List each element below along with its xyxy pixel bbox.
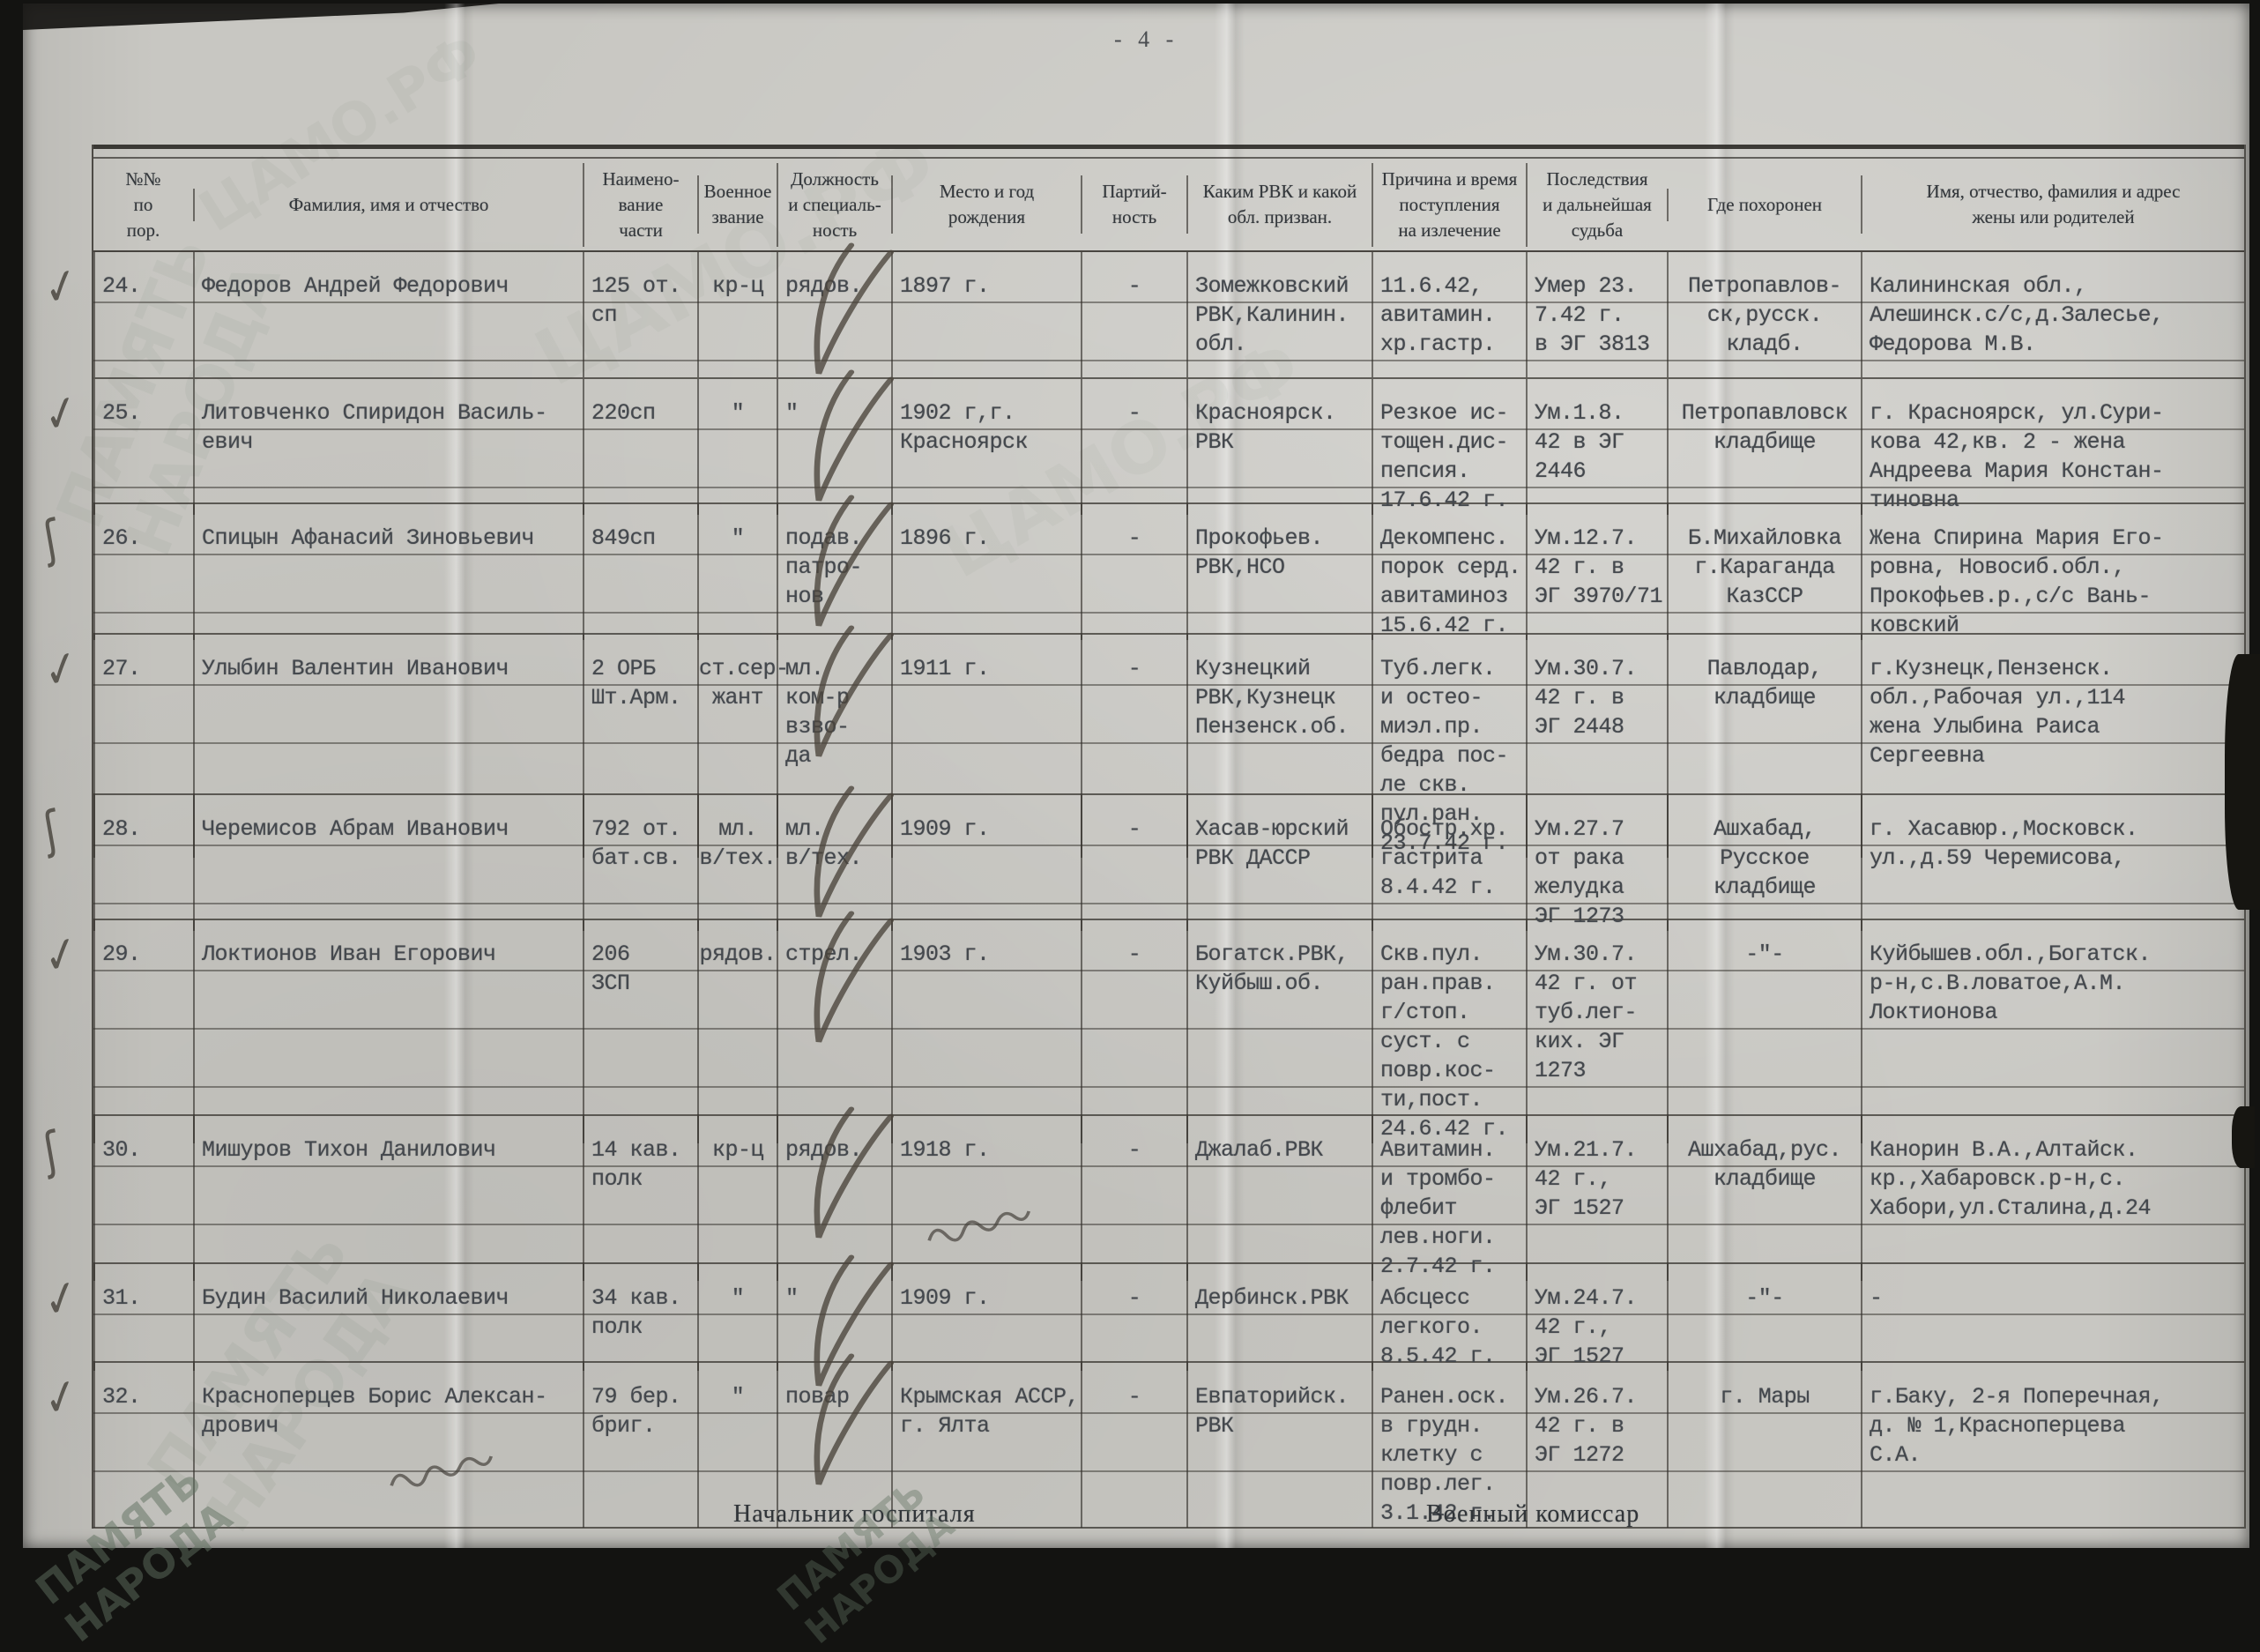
cell-rvk: Хасав-юрский РВК ДАССР: [1186, 795, 1372, 931]
cell-outcome: Ум.21.7. 42 г., ЭГ 1527: [1526, 1116, 1667, 1281]
cell-position: рядов.: [777, 1116, 891, 1281]
margin-checkmark: ʃ: [39, 799, 63, 859]
column-header-outcome: Последствия и дальнейшая судьба: [1526, 163, 1667, 247]
margin-checkmark: ✓: [39, 636, 83, 701]
table-row: ʃ 28. Черемисов Абрам Иванович 792 от. б…: [93, 795, 2244, 920]
cell-outcome: Ум.27.7 от рака желудка ЭГ 1273: [1526, 795, 1667, 931]
margin-checkmark: ʃ: [39, 508, 63, 569]
document-sheet: ПАМЯТЬ НАРОДА ЦАМО.РФ ЦАМО.РФ ЦАМО.РФ ПА…: [23, 4, 2249, 1548]
scan-edge-tear: [2232, 1106, 2255, 1168]
cell-relatives: Канорин В.А.,Алтайск. кр.,Хабаровск.р-н,…: [1861, 1116, 2244, 1281]
cell-position: мл. в/тех.: [777, 795, 891, 931]
margin-checkmark: ✓: [39, 922, 83, 986]
cell-name: Локтионов Иван Егорович: [193, 920, 583, 1143]
cell-outcome: Ум.1.8. 42 в ЭГ 2446: [1526, 379, 1667, 515]
cell-cause: Авитамин. и тромбо- флебит лев.ноги. 2.7…: [1372, 1116, 1526, 1281]
cell-outcome: Умер 23. 7.42 г. в ЭГ 3813: [1526, 252, 1667, 377]
cell-name: Черемисов Абрам Иванович: [193, 795, 583, 931]
cell-outcome: Ум.12.7. 42 г. в ЭГ 3970/71: [1526, 504, 1667, 640]
cell-position: стрел.: [777, 920, 891, 1143]
column-header-position: Должность и специаль- ность: [777, 163, 891, 247]
cell-burial: Ашхабад, Русское кладбище: [1667, 795, 1861, 931]
cell-party: -: [1081, 920, 1186, 1143]
margin-checkmark: ✓: [39, 254, 83, 318]
cell-number: 29.: [93, 920, 193, 1143]
column-header-unit: Наимено- вание части: [583, 163, 697, 247]
cell-outcome: Ум.24.7. 42 г., ЭГ 1527: [1526, 1264, 1667, 1371]
cell-rank: рядов.: [697, 920, 777, 1143]
cell-relatives: Калининская обл., Алешинск.с/с,д.Залесье…: [1861, 252, 2244, 377]
margin-checkmark: ✓: [39, 1266, 83, 1330]
table-row: ✓ 24. Федоров Андрей Федорович 125 от. с…: [93, 252, 2244, 379]
table-row: ✓ 29. Локтионов Иван Егорович 206 ЗСП ря…: [93, 920, 2244, 1116]
cell-unit: 79 бер. бриг.: [583, 1363, 697, 1528]
cell-burial: Петропавловск кладбище: [1667, 379, 1861, 515]
cell-burial: Б.Михайловка г.Караганда КазССР: [1667, 504, 1861, 640]
cell-position: ": [777, 1264, 891, 1371]
cell-rank: кр-ц: [697, 252, 777, 377]
cell-number: 26.: [93, 504, 193, 640]
cell-cause: Скв.пул. ран.прав. г/стоп. суст. с повр.…: [1372, 920, 1526, 1143]
cell-outcome: Ум.30.7. 42 г. от туб.лег- ких. ЭГ 1273: [1526, 920, 1667, 1143]
column-header-birth: Место и год рождения: [891, 175, 1081, 234]
cell-party: -: [1081, 252, 1186, 377]
military-commissar-signature-label: Военный комиссар: [1426, 1500, 1639, 1529]
cell-birth: 1896 г.: [891, 504, 1081, 640]
margin-checkmark: ✓: [39, 381, 83, 445]
cell-number: 31.: [93, 1264, 193, 1371]
cell-rvk: Дербинск.РВК: [1186, 1264, 1372, 1371]
cell-unit: 849сп: [583, 504, 697, 640]
cell-unit: 206 ЗСП: [583, 920, 697, 1143]
cell-cause: 11.6.42, авитамин. хр.гастр.: [1372, 252, 1526, 377]
cell-unit: 14 кав. полк: [583, 1116, 697, 1281]
column-header-cause: Причина и время поступления на излечение: [1372, 163, 1526, 247]
cell-burial: -"-: [1667, 920, 1861, 1143]
cell-name: Спицын Афанасий Зиновьевич: [193, 504, 583, 640]
cell-burial: г. Мары: [1667, 1363, 1861, 1528]
cell-relatives: Куйбышев.обл.,Богатск. р-н,с.В.ловатое,А…: [1861, 920, 2244, 1143]
cell-birth: 1903 г.: [891, 920, 1081, 1143]
cell-name: Мишуров Тихон Данилович: [193, 1116, 583, 1281]
cell-birth: 1897 г.: [891, 252, 1081, 377]
casualty-register-table: №№ по пор. Фамилия, имя и отчество Наиме…: [92, 145, 2246, 1529]
cell-relatives: г. Хасавюр.,Московск. ул.,д.59 Черемисов…: [1861, 795, 2244, 931]
column-header-relatives: Имя, отчество, фамилия и адрес жены или …: [1861, 175, 2244, 234]
cell-name: Литовченко Спиридон Василь- евич: [193, 379, 583, 515]
cell-rank: мл. в/тех.: [697, 795, 777, 931]
column-header-burial: Где похоронен: [1667, 189, 1861, 221]
table-row: ʃ 30. Мишуров Тихон Данилович 14 кав. по…: [93, 1116, 2244, 1264]
scan-edge-tear: [2225, 654, 2260, 910]
cell-rvk: Прокофьев. РВК,НСО: [1186, 504, 1372, 640]
cell-relatives: Жена Спирина Мария Его- ровна, Новосиб.о…: [1861, 504, 2244, 640]
column-header-number: №№ по пор.: [93, 163, 193, 247]
cell-number: 28.: [93, 795, 193, 931]
cell-relatives: -: [1861, 1264, 2244, 1371]
cell-party: -: [1081, 1363, 1186, 1528]
cell-burial: Петропавлов- ск,русск. кладб.: [1667, 252, 1861, 377]
cell-unit: 792 от. бат.св.: [583, 795, 697, 931]
column-header-party: Партий- ность: [1081, 175, 1186, 234]
cell-unit: 125 от. сп: [583, 252, 697, 377]
cell-position: рядов.: [777, 252, 891, 377]
page-number: - 4 -: [1114, 26, 1178, 53]
cell-rank: ": [697, 1264, 777, 1371]
cell-rank: ": [697, 504, 777, 640]
cell-party: -: [1081, 504, 1186, 640]
cell-position: подав. патро- нов: [777, 504, 891, 640]
cell-burial: -"-: [1667, 1264, 1861, 1371]
table-row: ✓ 31. Будин Василий Николаевич 34 кав. п…: [93, 1264, 2244, 1363]
cell-cause: Обостр.хр. гастрита 8.4.42 г.: [1372, 795, 1526, 931]
table-row: ʃ 26. Спицын Афанасий Зиновьевич 849сп "…: [93, 504, 2244, 635]
cell-relatives: г. Красноярск, ул.Сури- кова 42,кв. 2 - …: [1861, 379, 2244, 515]
column-header-rank: Военное звание: [697, 175, 777, 234]
cell-rvk: Джалаб.РВК: [1186, 1116, 1372, 1281]
cell-birth: 1902 г,г. Красноярск: [891, 379, 1081, 515]
cell-cause: Декомпенс. порок серд. авитаминоз 15.6.4…: [1372, 504, 1526, 640]
table-row: ✓ 25. Литовченко Спиридон Василь- евич 2…: [93, 379, 2244, 504]
cell-party: -: [1081, 795, 1186, 931]
scan-corner-shadow: [23, 4, 499, 30]
table-row: ✓ 27. Улыбин Валентин Иванович 2 ОРБ Шт.…: [93, 635, 2244, 795]
cell-birth: 1918 г.: [891, 1116, 1081, 1281]
cell-rank: ": [697, 379, 777, 515]
cell-cause: Абсцесс легкого. 8.5.42 г.: [1372, 1264, 1526, 1371]
cell-name: Федоров Андрей Федорович: [193, 252, 583, 377]
cell-birth: 1909 г.: [891, 795, 1081, 931]
cell-burial: Ашхабад,рус. кладбище: [1667, 1116, 1861, 1281]
table-body: ✓ 24. Федоров Андрей Федорович 125 от. с…: [93, 252, 2244, 1529]
cell-party: -: [1081, 1264, 1186, 1371]
cell-birth: 1909 г.: [891, 1264, 1081, 1371]
cell-unit: 220сп: [583, 379, 697, 515]
cell-name: Красноперцев Борис Алексан- дрович: [193, 1363, 583, 1528]
cell-rvk: Евпаторийск. РВК: [1186, 1363, 1372, 1528]
table-header-row: №№ по пор. Фамилия, имя и отчество Наиме…: [93, 159, 2244, 252]
cell-rvk: Богатск.РВК, Куйбыш.об.: [1186, 920, 1372, 1143]
cell-rank: кр-ц: [697, 1116, 777, 1281]
cell-number: 24.: [93, 252, 193, 377]
cell-unit: 34 кав. полк: [583, 1264, 697, 1371]
column-header-name: Фамилия, имя и отчество: [193, 189, 583, 221]
cell-rvk: Зомежковский РВК,Калинин. обл.: [1186, 252, 1372, 377]
table-top-rule: [93, 145, 2244, 159]
table-row: ✓ 32. Красноперцев Борис Алексан- дрович…: [93, 1363, 2244, 1529]
cell-party: -: [1081, 1116, 1186, 1281]
margin-checkmark: ʃ: [39, 1120, 63, 1180]
margin-checkmark: ✓: [39, 1365, 83, 1429]
cell-rvk: Красноярск. РВК: [1186, 379, 1372, 515]
column-header-rvk: Каким РВК и какой обл. призван.: [1186, 175, 1372, 234]
cell-name: Будин Василий Николаевич: [193, 1264, 583, 1371]
cell-party: -: [1081, 379, 1186, 515]
cell-relatives: г.Баку, 2-я Поперечная, д. № 1,Краснопер…: [1861, 1363, 2244, 1528]
cell-position: ": [777, 379, 891, 515]
hospital-chief-signature-label: Начальник госпиталя: [733, 1500, 976, 1529]
cell-number: 25.: [93, 379, 193, 515]
cell-number: 30.: [93, 1116, 193, 1281]
cell-cause: Резкое ис- тощен.дис- пепсия. 17.6.42 г.: [1372, 379, 1526, 515]
cell-number: 32.: [93, 1363, 193, 1528]
